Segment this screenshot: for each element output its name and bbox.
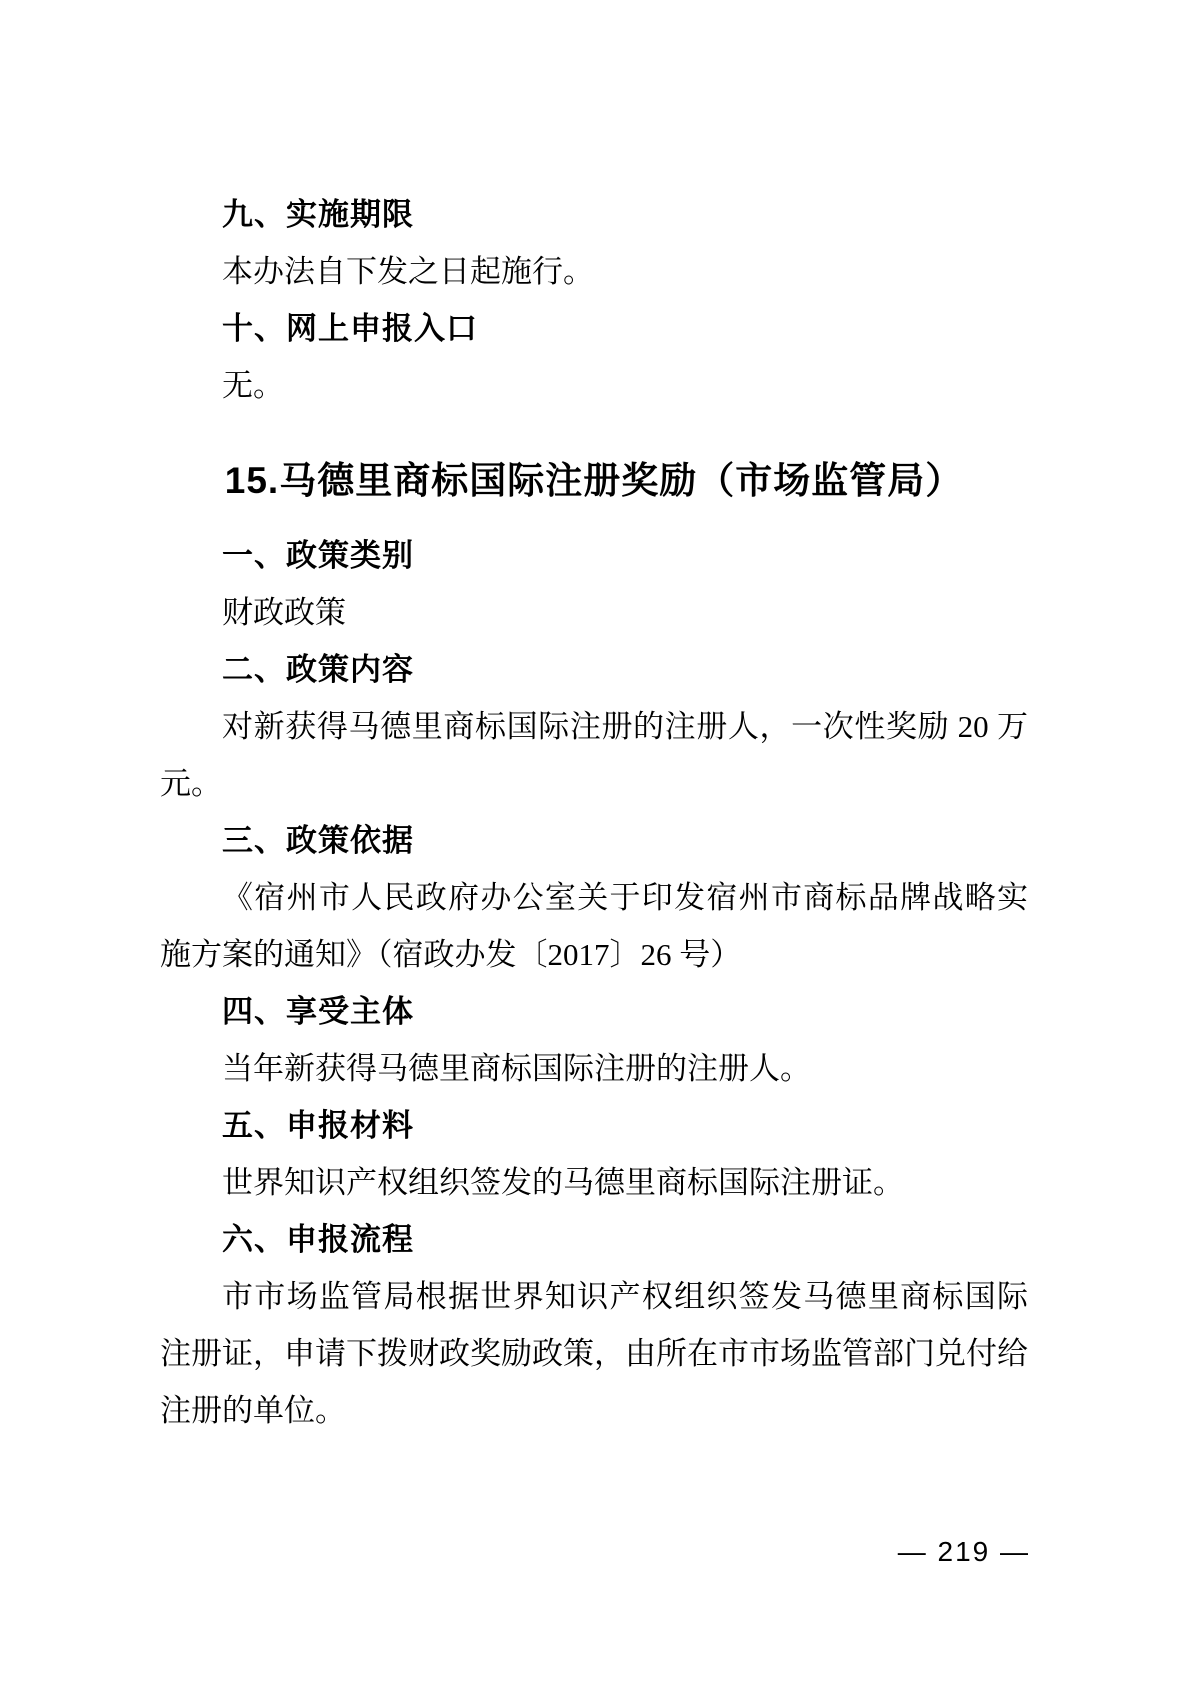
section-heading: 五、申报材料 bbox=[160, 1097, 1028, 1154]
section-heading: 六、申报流程 bbox=[160, 1211, 1028, 1268]
paragraph-line: 本办法自下发之日起施行。 bbox=[160, 243, 1028, 300]
paragraph-line: 施方案的通知》（宿政办发〔2017〕26 号） bbox=[160, 926, 1028, 983]
document-page: 九、实施期限本办法自下发之日起施行。十、网上申报入口无。15.马德里商标国际注册… bbox=[0, 0, 1190, 1683]
section-heading: 二、政策内容 bbox=[160, 641, 1028, 698]
paragraph-line: 当年新获得马德里商标国际注册的注册人。 bbox=[160, 1040, 1028, 1097]
paragraph-line: 财政政策 bbox=[160, 584, 1028, 641]
paragraph-line: 世界知识产权组织签发的马德里商标国际注册证。 bbox=[160, 1154, 1028, 1211]
paragraph-line: 《宿州市人民政府办公室关于印发宿州市商标品牌战略实 bbox=[160, 869, 1028, 926]
paragraph-line: 注册证，申请下拨财政奖励政策，由所在市市场监管部门兑付给 bbox=[160, 1325, 1028, 1382]
section-heading: 一、政策类别 bbox=[160, 527, 1028, 584]
paragraph-line: 注册的单位。 bbox=[160, 1382, 1028, 1439]
chapter-title: 15.马德里商标国际注册奖励（市场监管局） bbox=[160, 434, 1028, 527]
section-heading: 三、政策依据 bbox=[160, 812, 1028, 869]
paragraph-line: 元。 bbox=[160, 755, 1028, 812]
section-heading: 十、网上申报入口 bbox=[160, 300, 1028, 357]
section-heading: 四、享受主体 bbox=[160, 983, 1028, 1040]
paragraph-line: 对新获得马德里商标国际注册的注册人，一次性奖励 20 万 bbox=[160, 698, 1028, 755]
page-number: — 219 — bbox=[898, 1532, 1030, 1572]
section-heading: 九、实施期限 bbox=[160, 186, 1028, 243]
paragraph-line: 无。 bbox=[160, 357, 1028, 414]
paragraph-line: 市市场监管局根据世界知识产权组织签发马德里商标国际 bbox=[160, 1268, 1028, 1325]
document-body: 九、实施期限本办法自下发之日起施行。十、网上申报入口无。15.马德里商标国际注册… bbox=[160, 186, 1028, 1439]
